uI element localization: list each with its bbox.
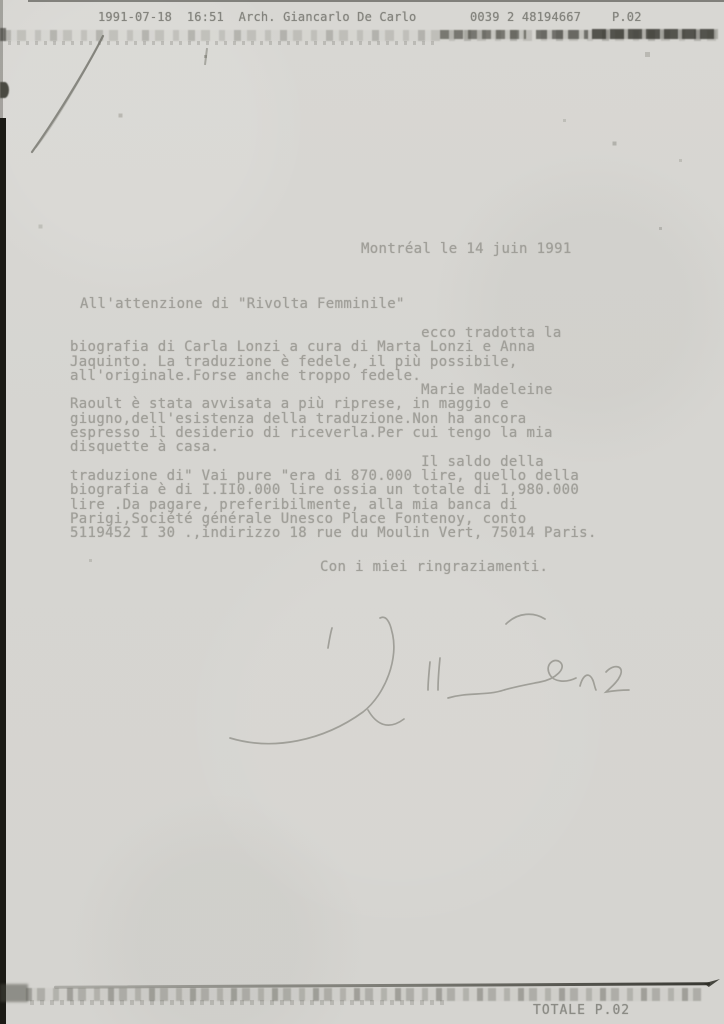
- letter-attention-line: All'attenzione di "Rivolta Femminile": [80, 296, 405, 312]
- left-edge-blob: [0, 82, 9, 98]
- bottom-smudge-line-tip: [704, 979, 720, 987]
- top-smudge-dark-1: [440, 30, 526, 39]
- fax-header-page: P.02: [612, 10, 642, 24]
- small-ink-tick: [204, 48, 208, 65]
- paper-specks: [0, 0, 1, 1]
- letter-closing: Con i miei ringraziamenti.: [320, 559, 548, 575]
- scratch-mark: [20, 30, 120, 160]
- letter-body: ecco tradotta la biografia di Carla Lonz…: [70, 326, 597, 540]
- left-edge-strip: [0, 118, 6, 1024]
- fax-footer-total: TOTALE P.02: [533, 1003, 630, 1018]
- fax-header-number: 0039 2 48194667: [470, 10, 581, 24]
- fax-header-datetime-sender: 1991-07-18 16:51 Arch. Giancarlo De Carl…: [98, 10, 416, 24]
- bottom-smudge-dots: [30, 1000, 450, 1005]
- top-edge-line: [28, 0, 724, 2]
- signature: [218, 602, 648, 752]
- letter-dateline: Montréal le 14 juin 1991: [361, 241, 572, 257]
- fax-page: 1991-07-18 16:51 Arch. Giancarlo De Carl…: [0, 0, 724, 1024]
- left-edge-strip-faint: [0, 0, 3, 118]
- bottom-left-blob: [0, 984, 28, 1002]
- top-smudge-dark-3: [592, 29, 718, 39]
- top-smudge-dark-2: [536, 30, 588, 39]
